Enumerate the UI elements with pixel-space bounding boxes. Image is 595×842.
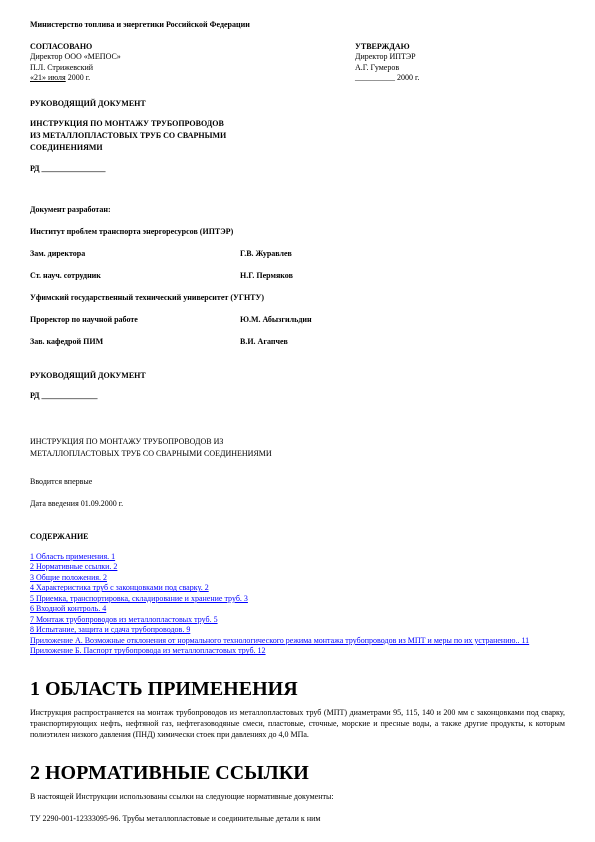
developer-org-1: Институт проблем транспорта энергоресурс…	[30, 227, 565, 237]
section-2-paragraph-2: ТУ 2290-001-12333095-96. Трубы металлопл…	[30, 813, 565, 824]
developer-org-2: Уфимский государственный технический уни…	[30, 293, 565, 303]
agreed-role: Директор ООО «МЕПОС»	[30, 52, 121, 62]
agreed-block: СОГЛАСОВАНО Директор ООО «МЕПОС» П.Л. Ст…	[30, 42, 121, 84]
agreed-heading: СОГЛАСОВАНО	[30, 42, 121, 52]
section-1-heading: 1 ОБЛАСТЬ ПРИМЕНЕНИЯ	[30, 678, 565, 700]
agreed-name: П.Л. Стрижевский	[30, 63, 121, 73]
toc-link-8[interactable]: 8 Испытание, защита и сдача трубопроводо…	[30, 625, 565, 636]
section-2-heading: 2 НОРМАТИВНЫЕ ССЫЛКИ	[30, 762, 565, 784]
document-page: Министерство топлива и энергетики Россий…	[0, 0, 595, 842]
document-title: ИНСТРУКЦИЯ ПО МОНТАЖУ ТРУБОПРОВОДОВ ИЗ М…	[30, 118, 565, 154]
effective-date: Дата введения 01.09.2000 г.	[30, 499, 565, 509]
approval-blocks: СОГЛАСОВАНО Директор ООО «МЕПОС» П.Л. Ст…	[30, 42, 565, 84]
toc-link-2[interactable]: 2 Нормативные ссылки. 2	[30, 562, 565, 573]
developer-role: Проректор по научной работе	[30, 315, 240, 325]
developer-name: Ю.М. Абызгильдин	[240, 315, 312, 324]
developer-row: Ст. науч. сотрудникН.Г. Пермяков	[30, 271, 565, 281]
approved-date-tail: 2000 г.	[395, 73, 419, 82]
agreed-date-tail: 2000 г.	[66, 73, 90, 82]
approved-block: УТВЕРЖДАЮ Директор ИПТЭР А.Г. Гумеров __…	[355, 42, 565, 84]
rd-blank: ________________	[42, 164, 106, 173]
rd-number-line: РД ________________	[30, 164, 565, 174]
developer-name: В.И. Агапчев	[240, 337, 288, 346]
doc-type-label: РУКОВОДЯЩИЙ ДОКУМЕНТ	[30, 99, 565, 109]
title2-line-1: ИНСТРУКЦИЯ ПО МОНТАЖУ ТРУБОПРОВОДОВ ИЗ	[30, 436, 565, 448]
table-of-contents: 1 Область применения. 1 2 Нормативные сс…	[30, 552, 565, 657]
introduced-note: Вводится впервые	[30, 477, 565, 487]
rd-label: РД	[30, 391, 42, 400]
developer-name: Г.В. Журавлев	[240, 249, 292, 258]
toc-link-appendix-a[interactable]: Приложение А. Возможные отклонения от но…	[30, 636, 565, 647]
developer-row: Зав. кафедрой ПИМВ.И. Агапчев	[30, 337, 565, 347]
toc-heading: СОДЕРЖАНИЕ	[30, 532, 565, 542]
toc-link-7[interactable]: 7 Монтаж трубопроводов из металлопластов…	[30, 615, 565, 626]
approved-date: __________ 2000 г.	[355, 73, 565, 83]
approved-heading: УТВЕРЖДАЮ	[355, 42, 565, 52]
developer-role: Ст. науч. сотрудник	[30, 271, 240, 281]
developer-row: Проректор по научной работеЮ.М. Абызгиль…	[30, 315, 565, 325]
rd-blank: ______________	[42, 391, 98, 400]
approved-role: Директор ИПТЭР	[355, 52, 565, 62]
title-line-1: ИНСТРУКЦИЯ ПО МОНТАЖУ ТРУБОПРОВОДОВ	[30, 118, 565, 130]
agreed-date-underlined: «21» июля	[30, 73, 66, 82]
title2-line-2: МЕТАЛЛОПЛАСТОВЫХ ТРУБ СО СВАРНЫМИ СОЕДИН…	[30, 448, 565, 460]
section-2-paragraph-1: В настоящей Инструкции использованы ссыл…	[30, 791, 565, 802]
signature-blank: __________	[355, 73, 395, 82]
document-title-repeat: ИНСТРУКЦИЯ ПО МОНТАЖУ ТРУБОПРОВОДОВ ИЗ М…	[30, 436, 565, 460]
developer-role: Зам. директора	[30, 249, 240, 259]
doc-type-label-2: РУКОВОДЯЩИЙ ДОКУМЕНТ	[30, 371, 565, 381]
toc-link-5[interactable]: 5 Приемка, транспортировка, складировани…	[30, 594, 565, 605]
developed-heading: Документ разработан:	[30, 205, 565, 215]
developer-row: Зам. директораГ.В. Журавлев	[30, 249, 565, 259]
toc-link-6[interactable]: 6 Входной контроль. 4	[30, 604, 565, 615]
title-line-3: СОЕДИНЕНИЯМИ	[30, 142, 565, 154]
approved-name: А.Г. Гумеров	[355, 63, 565, 73]
ministry-line: Министерство топлива и энергетики Россий…	[30, 20, 565, 30]
section-1-paragraph: Инструкция распространяется на монтаж тр…	[30, 707, 565, 741]
title-line-2: ИЗ МЕТАЛЛОПЛАСТОВЫХ ТРУБ СО СВАРНЫМИ	[30, 130, 565, 142]
rd-label: РД	[30, 164, 42, 173]
rd-number-line-2: РД ______________	[30, 391, 565, 401]
toc-link-1[interactable]: 1 Область применения. 1	[30, 552, 565, 563]
agreed-date: «21» июля 2000 г.	[30, 73, 121, 83]
developer-name: Н.Г. Пермяков	[240, 271, 293, 280]
developer-role: Зав. кафедрой ПИМ	[30, 337, 240, 347]
toc-link-4[interactable]: 4 Характеристика труб с законцовками под…	[30, 583, 565, 594]
toc-link-3[interactable]: 3 Общие положения. 2	[30, 573, 565, 584]
toc-link-appendix-b[interactable]: Приложение Б. Паспорт трубопровода из ме…	[30, 646, 565, 657]
